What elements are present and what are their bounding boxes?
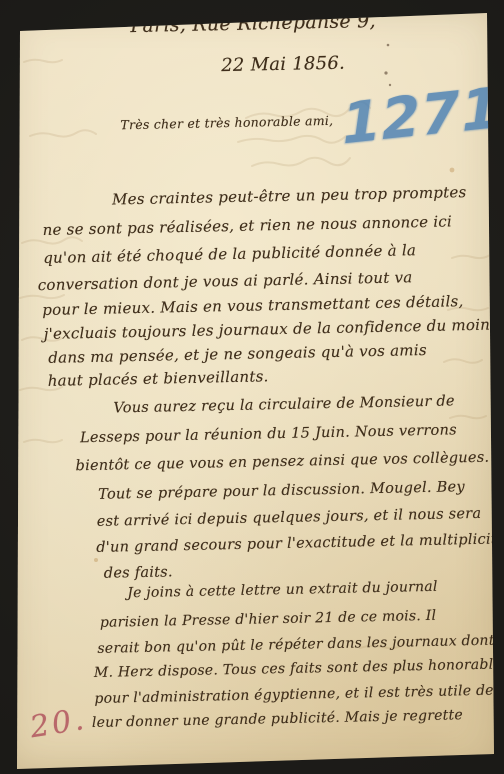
letter-line: ne se sont pas réalisées, et rien ne nou…	[42, 212, 452, 239]
letter-line: est arrivé ici depuis quelques jours, et…	[97, 506, 482, 530]
letter-line: pour l'administration égyptienne, et il …	[94, 683, 494, 707]
letter-line: Tout se prépare pour la discussion. Moug…	[98, 479, 465, 503]
salutation: Très cher et très honorable ami,	[120, 113, 333, 132]
letter-line: pour le mieux. Mais en vous transmettant…	[42, 292, 464, 319]
letter-line: serait bon qu'on pût le répéter dans les…	[97, 633, 495, 657]
letter-line: qu'on ait été choqué de la publicité don…	[43, 241, 416, 267]
letter-line: des faits.	[104, 564, 173, 581]
letter-line: Lesseps pour la réunion du 15 Juin. Nous…	[80, 422, 457, 446]
letter-line: Mes craintes peut-être un peu trop promp…	[112, 183, 467, 208]
letter-line: parisien la Presse d'hier soir 21 de ce …	[100, 608, 437, 631]
letter-line: dans ma pensée, et je ne songeais qu'à v…	[48, 341, 427, 367]
letter-line: bientôt ce que vous en pensez ainsi que …	[75, 450, 489, 475]
letter-page: Paris, Rue Richepanse 9, 22 Mai 1856. Tr…	[0, 0, 504, 774]
date-line: 22 Mai 1856.	[221, 53, 345, 77]
letter-line: d'un grand secours pour l'exactitude et …	[96, 531, 504, 556]
letter-line: Vous aurez reçu la circulaire de Monsieu…	[113, 393, 455, 416]
scanned-letter: Paris, Rue Richepanse 9, 22 Mai 1856. Tr…	[0, 0, 504, 774]
letter-line: leur donner une grande publicité. Mais j…	[92, 707, 463, 731]
letter-line: haut placés et bienveillants.	[48, 367, 269, 390]
letter-line: Je joins à cette lettre un extrait du jo…	[127, 579, 438, 601]
letter-line: conversation dont je vous ai parlé. Ains…	[38, 268, 413, 294]
letter-line: M. Herz dispose. Tous ces faits sont des…	[94, 656, 504, 681]
letter-line: j'excluais toujours les journaux de la c…	[44, 315, 499, 343]
